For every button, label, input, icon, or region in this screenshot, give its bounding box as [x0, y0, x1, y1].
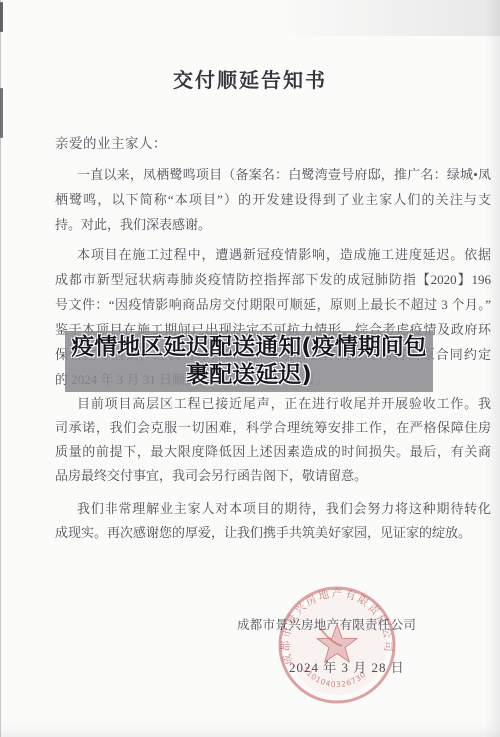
caption-line-2: 裹配送延迟): [65, 361, 433, 389]
paragraph-line: 栖鹭鸣，以下简称“本项目”）的开发建设得到了业主家人们的关注与支: [55, 187, 491, 212]
paragraph-line: 质量的前提下，最大限度降低因上述因素造成的时间损失。最后，有关商: [55, 440, 491, 464]
paragraph: 目前项目高层区工程已接近尾声，正在进行收尾并开展验收工作。我司承诺，我们会克服一…: [55, 392, 491, 488]
issue-date: 2024 年 3 月 28 日: [289, 657, 405, 676]
document-page: 交付顺延告知书 亲爱的业主家人： 一直以来，凤栖鹭鸣项目（备案名：白鹭湾壹号府邸…: [0, 0, 500, 737]
paragraph-line: 一直以来，凤栖鹭鸣项目（备案名：白鹭湾壹号府邸，推广名：绿城•凤: [55, 162, 491, 187]
paragraph: 我们非常理解业主家人对本项目的期待，我们会努力将这种期待转化成现实。再次感谢您的…: [55, 497, 491, 545]
paragraph-line: 目前项目高层区工程已接近尾声，正在进行收尾并开展验收工作。我: [55, 392, 491, 416]
caption-overlay: 疫情地区延迟配送通知(疫情期间包 裹配送延迟): [65, 331, 433, 392]
paragraph-line: 司承诺，我们会克服一切困难，科学合理统筹安排工作，在严格保障住房: [55, 416, 491, 440]
paragraph-line: 品房最终交付事宜，我司会另行函告阁下，敬请留意。: [55, 464, 491, 488]
scan-edge-artifact: [0, 88, 3, 138]
caption-line-1: 疫情地区延迟配送通知(疫情期间包: [65, 333, 433, 361]
paragraph-line: 持。对此，我们深表感谢。: [55, 212, 491, 237]
paragraph-line: 成都市新型冠状病毒肺炎疫情防控指挥部下发的成冠肺防指【2020】196: [55, 267, 491, 292]
document-title: 交付顺延告知书: [0, 64, 500, 93]
paragraph-line: 号文件：“因疫情影响商品房交付期限可顺延，原则上最长不超过 3 个月。”: [55, 292, 491, 317]
paragraph: 一直以来，凤栖鹭鸣项目（备案名：白鹭湾壹号府邸，推广名：绿城•凤栖鹭鸣，以下简称…: [55, 162, 491, 237]
scan-edge-artifact: [0, 2, 3, 32]
scan-shading-top-right: [270, 0, 500, 36]
paragraph-line: 本项目在施工过程中，遭遇新冠疫情影响，造成施工进度延迟。依据: [55, 242, 491, 267]
scan-shading-bottom: [0, 723, 500, 737]
paragraph-line: 我们非常理解业主家人对本项目的期待，我们会努力将这种期待转化: [55, 497, 491, 521]
company-seal: 成都市景兴房地产有限责任公司 5101040326730: [270, 578, 404, 712]
company-name: 成都市景兴房地产有限责任公司: [237, 615, 416, 633]
paragraph-line: 成现实。再次感谢您的厚爱，让我们携手共筑美好家园，见证家的绽放。: [55, 521, 491, 545]
greeting-line: 亲爱的业主家人：: [55, 131, 491, 156]
